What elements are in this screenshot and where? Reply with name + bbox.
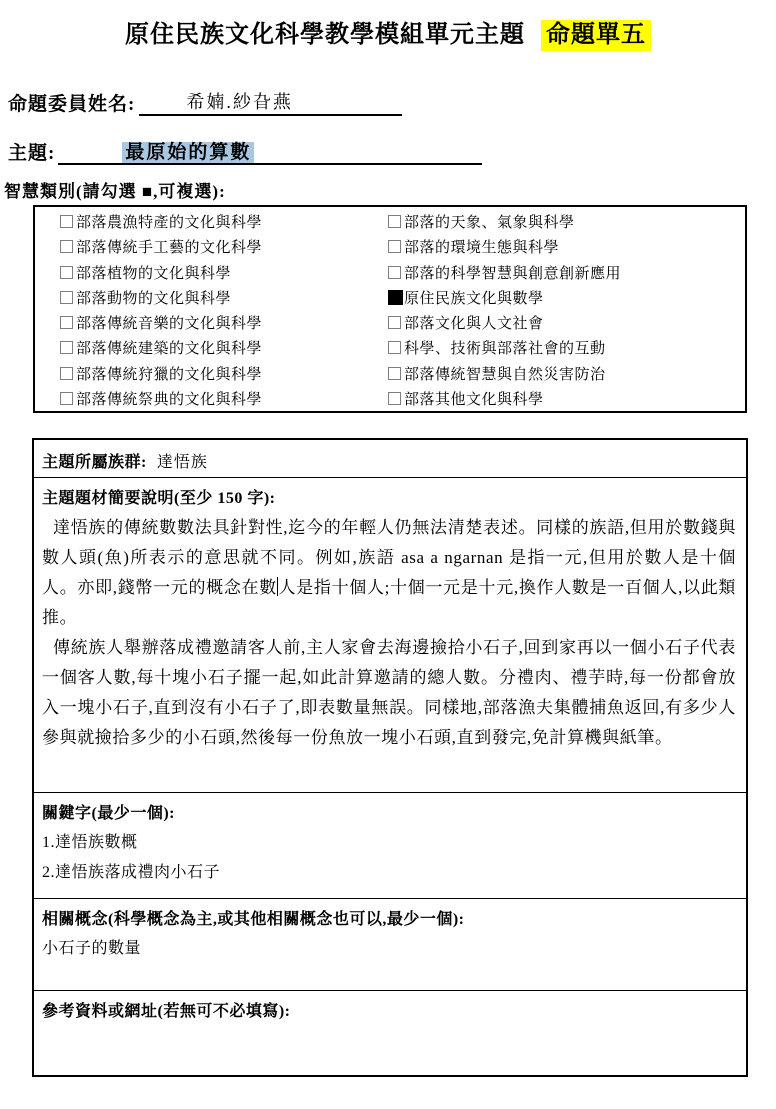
category-option-label: 部落的科學智慧與創意創新應用 (404, 262, 621, 283)
detail-table: 主題所屬族群:達悟族 主題題材簡要說明(至少 150 字): 達悟族的傳統數數法… (32, 438, 748, 1077)
category-option-label: 部落傳統手工藝的文化科學 (76, 236, 262, 257)
committee-name-label: 命題委員姓名: (8, 94, 135, 115)
title-highlight-badge: 命題單五 (541, 20, 651, 51)
category-option[interactable]: 部落傳統祭典的文化與科學 (60, 386, 388, 411)
category-option[interactable]: 部落植物的文化與科學 (60, 260, 388, 285)
category-option[interactable]: 部落其他文化與科學 (388, 386, 621, 411)
category-option[interactable]: 部落傳統音樂的文化與科學 (60, 310, 388, 335)
related-concepts-value: 小石子的數量 (42, 934, 736, 964)
category-option-label: 部落其他文化與科學 (404, 388, 544, 409)
category-option-label: 部落文化與人文社會 (404, 312, 544, 333)
category-option-label: 科學、技術與部落社會的互動 (404, 337, 606, 358)
checkbox-icon[interactable] (388, 341, 401, 354)
topic-label: 主題: (8, 143, 55, 164)
category-option-label: 部落動物的文化與科學 (76, 287, 231, 308)
checkbox-icon[interactable] (60, 240, 73, 253)
document-title-line: 原住民族文化科學教學模組單元主題命題單五 (0, 14, 776, 49)
references-cell[interactable]: 參考資料或網址(若無可不必填寫): (34, 990, 746, 1075)
category-option-label: 部落傳統狩獵的文化與科學 (76, 363, 262, 384)
category-option[interactable]: 部落傳統智慧與自然災害防治 (388, 361, 621, 386)
category-column-right: 部落的天象、氣象與科學 部落的環境生態與科學 部落的科學智慧與創意創新應用 原住… (388, 209, 621, 411)
checkbox-icon[interactable] (60, 367, 73, 380)
keywords-cell: 關鍵字(最少一個): 1.達悟族數概 2.達悟族落成禮肉小石子 (34, 792, 746, 898)
category-checkbox-group: 部落農漁特產的文化與科學 部落傳統手工藝的文化科學 部落植物的文化與科學 部落動… (33, 205, 747, 413)
category-column-left: 部落農漁特產的文化與科學 部落傳統手工藝的文化科學 部落植物的文化與科學 部落動… (60, 209, 388, 411)
category-option-label: 部落植物的文化與科學 (76, 262, 231, 283)
category-option[interactable]: 部落動物的文化與科學 (60, 285, 388, 310)
topic-field[interactable]: 最原始的算數 (58, 137, 482, 165)
checkbox-icon[interactable] (388, 215, 401, 228)
category-option[interactable]: 部落傳統建築的文化與科學 (60, 335, 388, 360)
category-option-label: 部落傳統智慧與自然災害防治 (404, 363, 606, 384)
category-option-label: 部落傳統建築的文化與科學 (76, 337, 262, 358)
category-option-label: 部落的天象、氣象與科學 (404, 211, 575, 232)
committee-name-field[interactable]: 希婻.紗旮燕 (139, 88, 402, 116)
category-option[interactable]: 部落農漁特產的文化與科學 (60, 209, 388, 234)
checkbox-icon[interactable] (60, 341, 73, 354)
committee-name-line: 命題委員姓名:希婻.紗旮燕 (8, 88, 402, 116)
page-title: 原住民族文化科學教學模組單元主題 (125, 22, 525, 48)
ethnic-group-row: 主題所屬族群:達悟族 (34, 440, 746, 477)
category-option-label: 部落的環境生態與科學 (404, 236, 559, 257)
ethnic-group-value: 達悟族 (157, 454, 208, 471)
category-option-label: 部落傳統音樂的文化與科學 (76, 312, 262, 333)
category-option-label: 部落農漁特產的文化與科學 (76, 211, 262, 232)
description-cell[interactable]: 主題題材簡要說明(至少 150 字): 達悟族的傳統數數法具針對性,迄今的年輕人… (34, 477, 746, 792)
checkbox-icon[interactable] (388, 316, 401, 329)
category-option[interactable]: 部落傳統狩獵的文化與科學 (60, 361, 388, 386)
committee-name-value: 希婻.紗旮燕 (186, 92, 293, 112)
checkbox-icon[interactable] (60, 291, 73, 304)
description-paragraph-2: 傳統族人舉辦落成禮邀請客人前,主人家會去海邊撿拾小石子,回到家再以一個小石子代表… (42, 633, 736, 753)
category-option-label: 部落傳統祭典的文化與科學 (76, 388, 262, 409)
keyword-item: 1.達悟族數概 (42, 828, 736, 858)
ethnic-group-label: 主題所屬族群: (42, 454, 147, 471)
category-option[interactable]: 部落的科學智慧與創意創新應用 (388, 260, 621, 285)
topic-line: 主題:最原始的算數 (8, 137, 482, 165)
category-option[interactable]: 部落的環境生態與科學 (388, 234, 621, 259)
category-option[interactable]: 科學、技術與部落社會的互動 (388, 335, 621, 360)
topic-value-selected-text[interactable]: 最原始的算數 (122, 142, 254, 163)
description-label: 主題題材簡要說明(至少 150 字): (42, 485, 736, 513)
keyword-item: 2.達悟族落成禮肉小石子 (42, 858, 736, 888)
category-option[interactable]: 部落文化與人文社會 (388, 310, 621, 335)
category-option[interactable]: 部落傳統手工藝的文化科學 (60, 234, 388, 259)
checkbox-icon[interactable] (388, 266, 401, 279)
checkbox-icon[interactable] (60, 215, 73, 228)
keywords-label: 關鍵字(最少一個): (42, 800, 736, 828)
related-concepts-cell: 相關概念(科學概念為主,或其他相關概念也可以,最少一個): 小石子的數量 (34, 898, 746, 990)
category-option-label: 原住民族文化與數學 (404, 287, 544, 308)
category-option[interactable]: 部落的天象、氣象與科學 (388, 209, 621, 234)
checkbox-icon[interactable] (60, 392, 73, 405)
checkbox-icon[interactable] (388, 392, 401, 405)
checkbox-icon[interactable] (60, 266, 73, 279)
category-section-label: 智慧類別(請勾選 ■,可複選): (4, 177, 226, 202)
checkbox-icon[interactable] (388, 367, 401, 380)
checkbox-checked-icon[interactable] (388, 290, 403, 305)
description-paragraph-1: 達悟族的傳統數數法具針對性,迄今的年輕人仍無法清楚表述。同樣的族語,但用於數錢與… (42, 513, 736, 633)
category-option-selected[interactable]: 原住民族文化與數學 (388, 285, 621, 310)
references-label: 參考資料或網址(若無可不必填寫): (42, 998, 736, 1026)
checkbox-icon[interactable] (60, 316, 73, 329)
related-concepts-label: 相關概念(科學概念為主,或其他相關概念也可以,最少一個): (42, 906, 736, 934)
checkbox-icon[interactable] (388, 240, 401, 253)
